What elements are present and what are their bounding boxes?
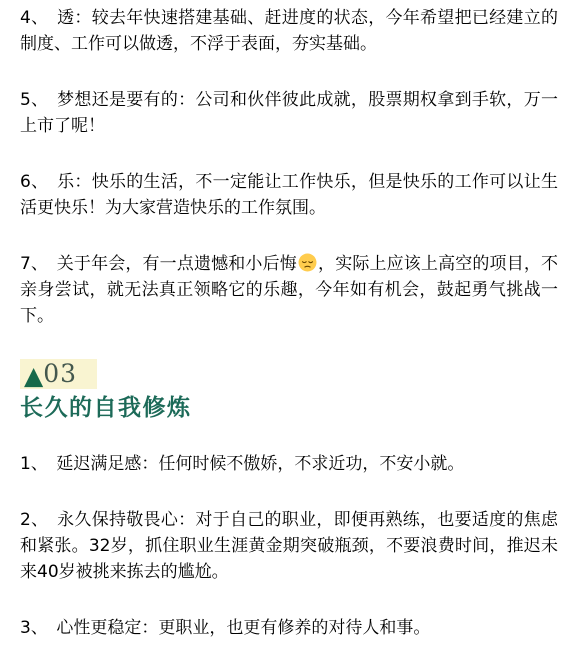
list-item-7-text-before: 7、 关于年会，有一点遗憾和小后悔 <box>20 254 297 274</box>
triangle-icon: ▲ <box>24 361 43 390</box>
list-item-7: 7、 关于年会，有一点遗憾和小后悔，实际上应该上高空的项目，不亲身尝试，就无法真… <box>20 251 558 329</box>
list-item-6: 6、 乐：快乐的生活，不一定能让工作快乐，但是快乐的工作可以让生活更快乐！为大家… <box>20 169 558 221</box>
document: 4、 透：较去年快速搭建基础、赶进度的状态，今年希望把已经建立的制度、工作可以做… <box>0 0 577 647</box>
section-number: 03 <box>43 359 77 388</box>
section-badge-row: ▲03 <box>20 359 558 390</box>
list-item-2: 2、 永久保持敬畏心：对于自己的职业，即便再熟练，也要适度的焦虑和紧张。32岁，… <box>20 507 558 585</box>
section-badge: ▲03 <box>20 359 97 389</box>
section-title: 长久的自我修炼 <box>20 393 558 423</box>
list-item-5: 5、 梦想还是要有的：公司和伙伴彼此成就，股票期权拿到手软，万一上市了呢！ <box>20 87 558 139</box>
list-item-4: 4、 透：较去年快速搭建基础、赶进度的状态，今年希望把已经建立的制度、工作可以做… <box>20 5 558 57</box>
list-item-1: 1、 延迟满足感：任何时候不傲娇，不求近功，不安小就。 <box>20 451 558 477</box>
pensive-face-emoji <box>298 253 317 272</box>
list-item-3: 3、 心性更稳定：更职业，也更有修养的对待人和事。 <box>20 615 558 641</box>
